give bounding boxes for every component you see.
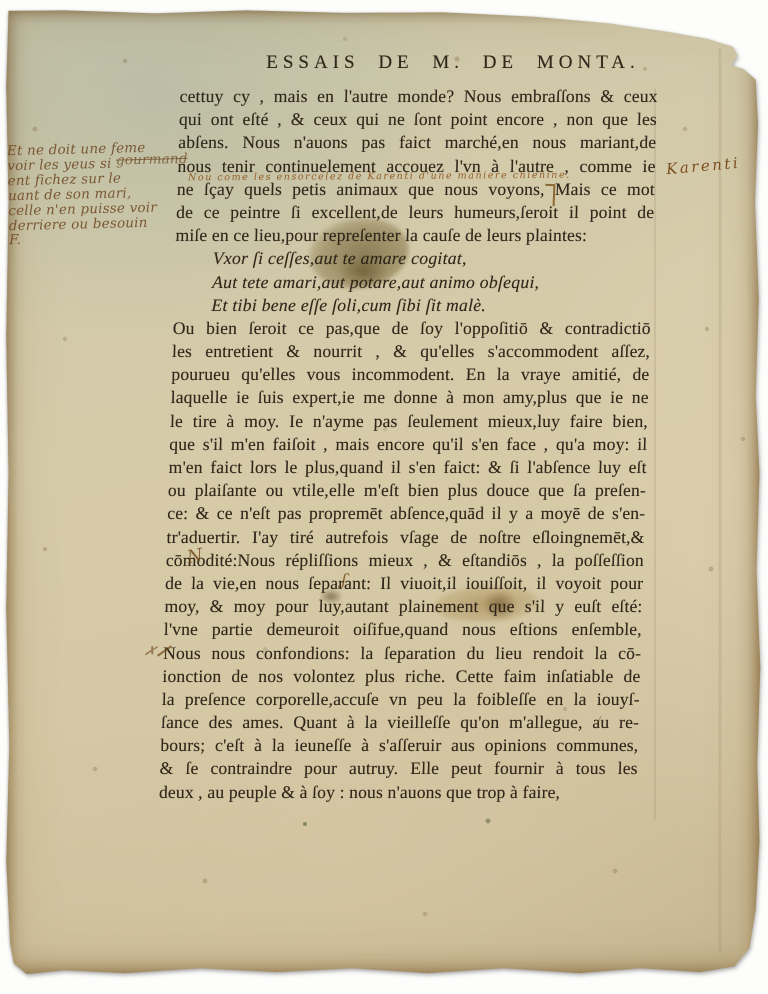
print-line: ionction de nos volontez plus riche. Cet… — [162, 665, 641, 688]
print-line: bours; c'eſt à la ieuneſſe à s'aſſeruir … — [160, 734, 639, 757]
handwritten-margin-note: Et ne doit une feme voir les yeus si gou… — [7, 140, 193, 249]
print-line: le tire à moy. Ie n'ayme pas ſeulement m… — [170, 410, 649, 433]
print-line: la preſence corporelle,accuſe vn peu la … — [161, 688, 640, 711]
print-line: ou plaiſante ou vtile,elle m'eſt bien pl… — [168, 479, 647, 502]
scan-background: ESSAIS DE M. DE MONTA. cettuy cy , mais … — [0, 0, 768, 994]
print-line: m'en faict lors le plus,quand il s'en fa… — [168, 456, 647, 479]
print-line: qui ont eſté , & ceux qui ne ſont point … — [179, 108, 658, 131]
paper-specks — [4, 8, 6, 10]
page-header-title: ESSAIS DE M. DE MONTA. — [214, 52, 692, 74]
struck-word: gourmand — [116, 151, 188, 169]
book-page: ESSAIS DE M. DE MONTA. cettuy cy , mais … — [4, 8, 761, 977]
paper-crease — [718, 48, 723, 953]
print-line: & ſe contraindre pour autruy. Elle peut … — [159, 757, 638, 780]
print-line: deux , au peuple & à ſoy : nous n'auons … — [159, 781, 638, 804]
print-line: laquelle ie ſuis expert,ie me donne à mo… — [170, 386, 649, 409]
print-line: cōmodité:Nous répliſſions mieux , & eſta… — [166, 549, 645, 572]
print-line: tr'aduertir. I'ay tiré autrefois vſage d… — [166, 526, 645, 549]
scribble-caret-mark: ∕ — [597, 714, 601, 727]
print-line: abſens. Nous n'auons pas faict marché,en… — [178, 131, 657, 154]
handwritten-side-note: Karenti — [665, 154, 740, 178]
latin-quote-line: Vxor ſi ceſſes,aut te amare cogitat, — [174, 247, 653, 270]
scribble-n-mark: N — [185, 545, 204, 568]
print-line: que s'il m'en faiſoit , mais encore qu'i… — [169, 433, 648, 456]
latin-quote-line: Aut tete amari,aut potare,aut animo obſe… — [174, 271, 653, 294]
print-line: ſance des ames. Quant à la vieilleſſe qu… — [161, 711, 640, 734]
print-text-block: cettuy cy , mais en l'autre monde? Nous … — [159, 85, 658, 804]
print-line: de ce peintre ſi excellent,de leurs hume… — [176, 201, 655, 224]
print-line: miſe en ce lieu,pour repreſenter la cauſ… — [175, 224, 654, 247]
scribble-cross-mark: ✗ — [142, 641, 158, 661]
print-line: l'vne partie demeuroit oiſifue,quand nou… — [163, 618, 642, 641]
insertion-caret-mark — [545, 184, 556, 206]
print-line: Nous nous confondions: la ſeparation du … — [163, 642, 642, 665]
print-line: ce: & ce n'eſt pas propremēt abſence,quā… — [167, 502, 646, 525]
print-line: cettuy cy , mais en l'autre monde? Nous … — [179, 85, 658, 108]
print-line: les entretient & nourrit , & qu'elles s'… — [172, 340, 651, 363]
print-line: moy, & moy pour luy,autant plainement qu… — [164, 595, 643, 618]
print-line: de la vie,en nous ſeparant: Il viuoit,il… — [165, 572, 644, 595]
print-line: pourueu qu'elles vous incommodent. En la… — [171, 363, 650, 386]
latin-quote-line: Et tibi bene eſſe ſoli,cum ſibi ſit malè… — [173, 294, 652, 317]
print-line: Ou bien ſeroit ce pas,que de ſoy l'oppoſ… — [172, 317, 651, 340]
